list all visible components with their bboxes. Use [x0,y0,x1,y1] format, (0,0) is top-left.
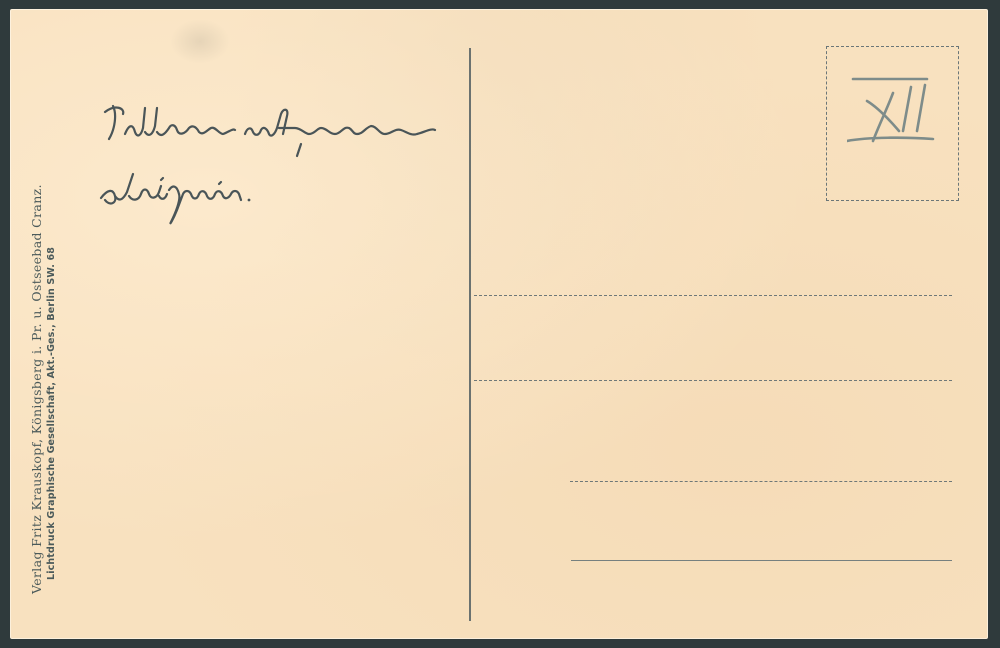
postcard-back: Verlag Fritz Krauskopf, Königsberg i. Pr… [10,9,988,639]
address-line-1 [474,295,952,296]
center-divider [469,48,471,621]
address-line-4 [571,560,952,561]
address-line-2 [474,380,952,381]
address-line-3 [570,481,952,482]
publisher-imprint: Verlag Fritz Krauskopf, Königsberg i. Pr… [31,184,56,594]
stamp-box: XII [826,46,959,201]
publisher-line-1: Verlag Fritz Krauskopf, Königsberg i. Pr… [31,184,44,594]
publisher-line-2: Lichtdruck Graphische Gesellschaft, Akt.… [47,184,57,594]
stamp-mark-text: XII [827,47,828,48]
stamp-placeholder-icon [847,65,939,145]
paper-stain [170,19,230,64]
handwriting-strokes [95,94,455,234]
